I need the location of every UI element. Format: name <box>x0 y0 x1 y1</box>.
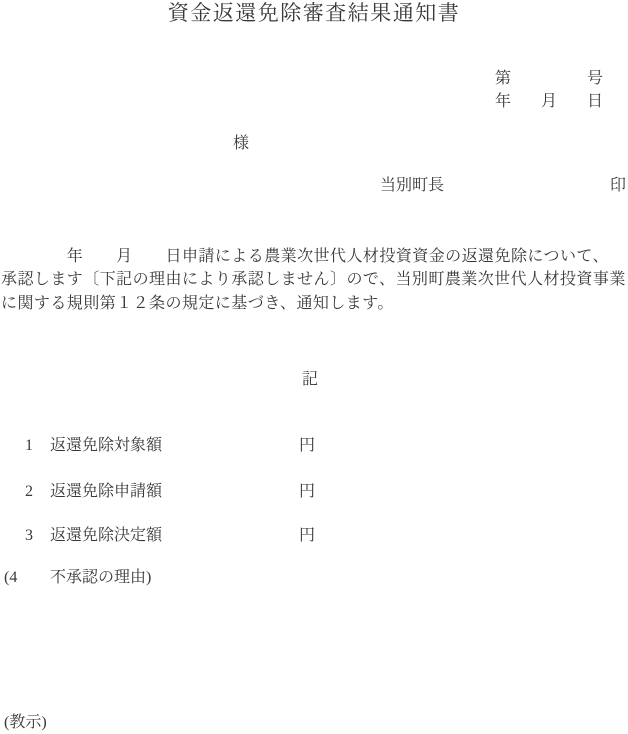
item-row-exemption-target-amount: 1 返還免除対象額 円 <box>0 438 628 458</box>
addressee-honorific: 様 <box>233 136 249 152</box>
date-month-label: 月 <box>541 94 557 110</box>
item-label: 返還免除決定額 <box>50 528 162 544</box>
sender-name: 当別町長 <box>380 178 444 194</box>
item-row-exemption-applied-amount: 2 返還免除申請額 円 <box>0 484 628 504</box>
document-title: 資金返還免除審査結果通知書 <box>0 3 628 24</box>
yen-unit-label: 円 <box>299 528 315 544</box>
doc-number-prefix: 第 <box>495 71 511 87</box>
item-row-disapproval-reason: (4 不承認の理由) <box>0 570 628 590</box>
body-paragraph: 年 月 日申請による農業次世代人材投資資金の返還免除について、 承認します〔下記… <box>1 245 628 315</box>
seal-mark: 印 <box>610 178 626 194</box>
item-number: 1 <box>25 438 33 454</box>
item-number: 2 <box>25 484 33 500</box>
appeal-instruction-note: (教示) <box>4 715 47 731</box>
date-day-label: 日 <box>587 94 603 110</box>
yen-unit-label: 円 <box>299 484 315 500</box>
doc-number-suffix: 号 <box>587 71 603 87</box>
date-year-label: 年 <box>495 94 511 110</box>
item-label: 返還免除申請額 <box>50 484 162 500</box>
date-line: 年 月 日 <box>495 94 603 110</box>
body-line: 承認します〔下記の理由により承認しません〕ので、当別町農業次世代人材投資事業 <box>1 268 628 291</box>
item-number: 3 <box>25 528 33 544</box>
body-line: に関する規則第１２条の規定に基づき、通知します。 <box>1 292 628 315</box>
item-label: 返還免除対象額 <box>50 438 162 454</box>
item-label: 不承認の理由) <box>50 570 151 586</box>
item-row-exemption-decided-amount: 3 返還免除決定額 円 <box>0 528 628 548</box>
notification-document: 資金返還免除審査結果通知書 第 号 年 月 日 様 当別町長 印 年 月 日申請… <box>0 0 628 734</box>
record-marker: 記 <box>0 372 620 388</box>
item-number: (4 <box>4 570 17 586</box>
body-line: 年 月 日申請による農業次世代人材投資資金の返還免除について、 <box>1 245 628 268</box>
doc-number-line: 第 号 <box>495 71 603 87</box>
yen-unit-label: 円 <box>299 438 315 454</box>
